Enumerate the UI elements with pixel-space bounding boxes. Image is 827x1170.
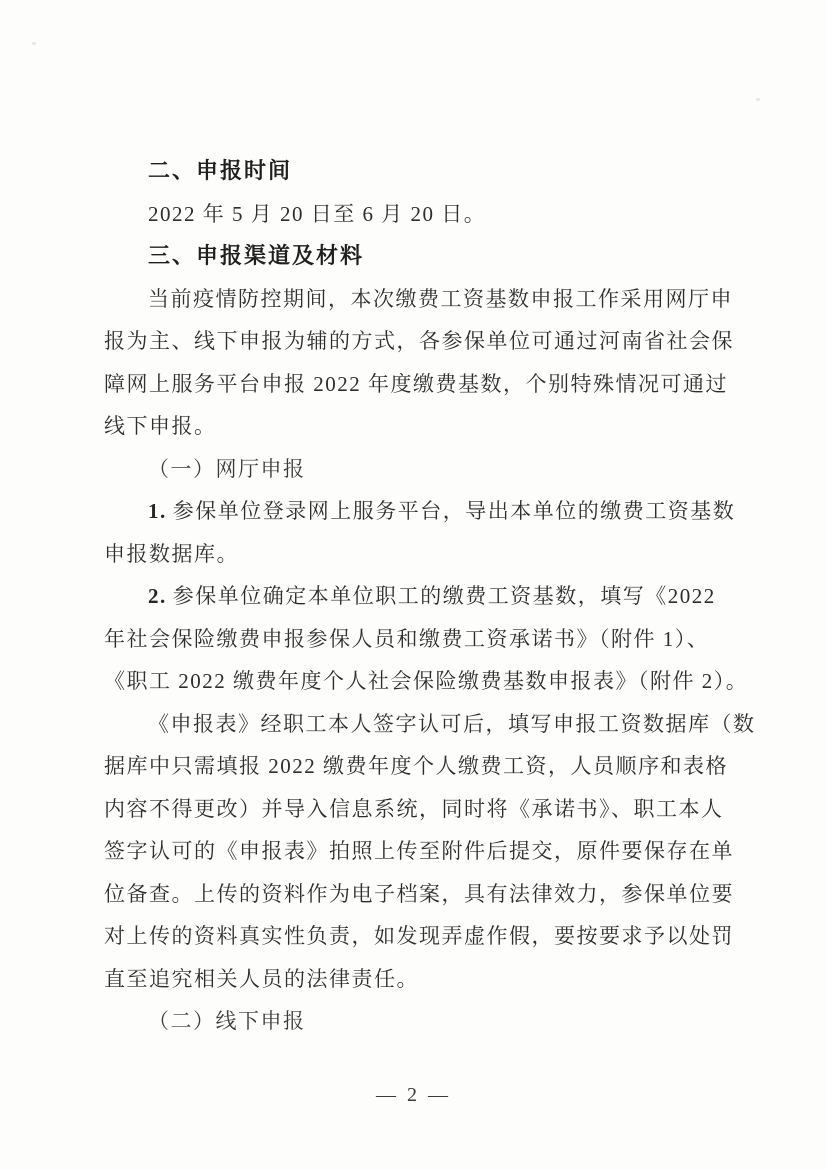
- text-line: （一）网厅申报: [104, 448, 732, 491]
- text-line: 《职工 2022 缴费年度个人社会保险缴费基数申报表》（附件 2）。: [104, 660, 732, 703]
- list-number: 1.: [148, 499, 167, 523]
- text-line: 位备查。上传的资料作为电子档案，具有法律效力，参保单位要: [104, 873, 732, 916]
- text-line: 《申报表》经职工本人签字认可后，填写申报工资数据库（数: [104, 703, 732, 746]
- text-line: 直至追究相关人员的法律责任。: [104, 958, 732, 1001]
- page-number: — 2 —: [0, 1084, 827, 1107]
- text-line: 签字认可的《申报表》拍照上传至附件后提交，原件要保存在单: [104, 830, 732, 873]
- text-line: 当前疫情防控期间，本次缴费工资基数申报工作采用网厅申: [104, 278, 732, 321]
- list-number: 2.: [148, 584, 167, 608]
- text-line: 障网上服务平台申报 2022 年度缴费基数，个别特殊情况可通过: [104, 363, 732, 406]
- text-line: 2022 年 5 月 20 日至 6 月 20 日。: [104, 193, 732, 236]
- scan-artifact: [756, 98, 760, 101]
- text-line: 据库中只需填报 2022 缴费年度个人缴费工资，人员顺序和表格: [104, 745, 732, 788]
- scan-artifact: [32, 42, 36, 45]
- text-line: 对上传的资料真实性负责，如发现弄虚作假，要按要求予以处罚: [104, 915, 732, 958]
- text-line: 申报数据库。: [104, 533, 732, 576]
- text-line: （二）线下申报: [104, 1000, 732, 1043]
- text-line: 内容不得更改）并导入信息系统，同时将《承诺书》、职工本人: [104, 788, 732, 831]
- document-page: 二、申报时间2022 年 5 月 20 日至 6 月 20 日。三、申报渠道及材…: [0, 0, 827, 1170]
- text-line: 年社会保险缴费申报参保人员和缴费工资承诺书》（附件 1）、: [104, 618, 732, 661]
- section-heading: 三、申报渠道及材料: [104, 235, 732, 278]
- text-line: 线下申报。: [104, 405, 732, 448]
- text-line: 1.参保单位登录网上服务平台，导出本单位的缴费工资基数: [104, 490, 732, 533]
- text-line: 报为主、线下申报为辅的方式，各参保单位可通过河南省社会保: [104, 320, 732, 363]
- section-heading: 二、申报时间: [104, 150, 732, 193]
- document-lines: 二、申报时间2022 年 5 月 20 日至 6 月 20 日。三、申报渠道及材…: [104, 150, 732, 1043]
- text-line: 2.参保单位确定本单位职工的缴费工资基数，填写《2022: [104, 575, 732, 618]
